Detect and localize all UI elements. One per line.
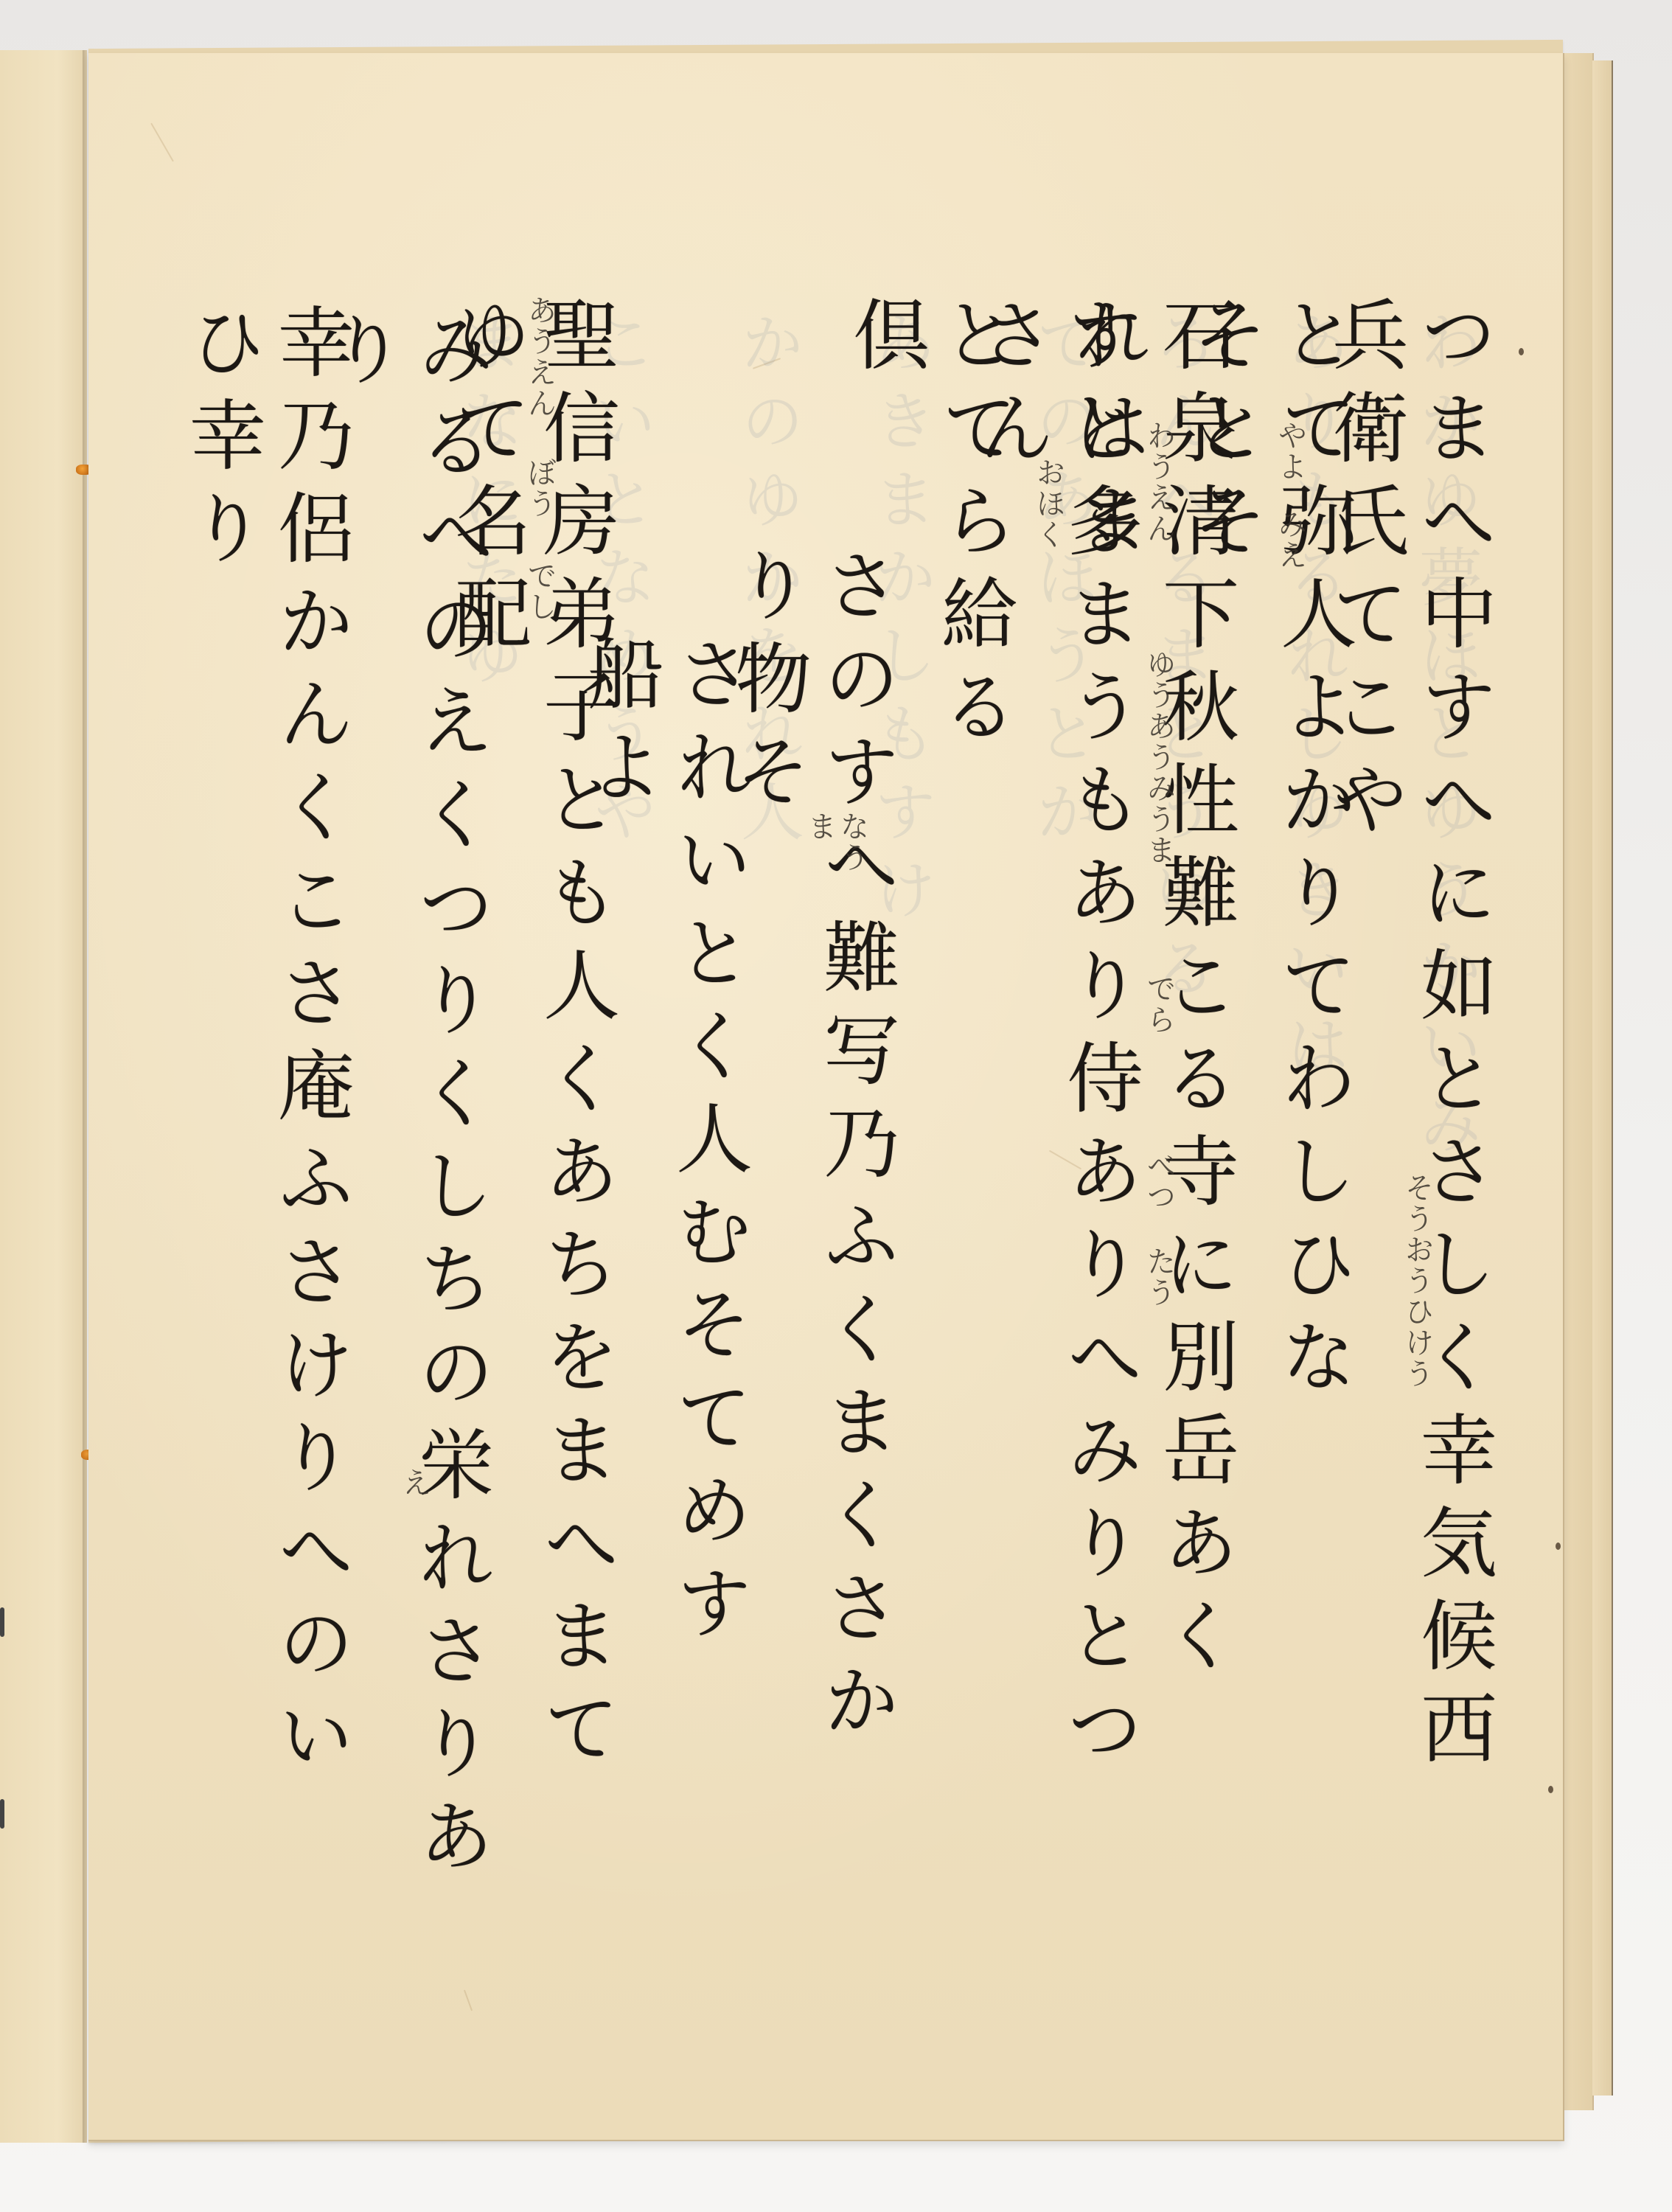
ruby-gloss: たう — [1143, 1246, 1175, 1320]
book-photograph: わかゆ夢ほとゆうかいみ ありもるれしゆきいは ろんへるまとうゆる てのあほうとか… — [0, 0, 1672, 2212]
page-stack-edge-outer — [1592, 60, 1613, 2096]
paper-spot — [1556, 1543, 1561, 1550]
ruby-gloss: べつ — [1143, 1150, 1175, 1224]
paper-fiber — [464, 1990, 473, 2011]
ruby-gloss: おほく — [1032, 457, 1065, 568]
paper-spot — [1548, 1786, 1553, 1793]
ink-mark — [0, 1607, 4, 1637]
paper-fiber — [150, 123, 174, 162]
ruby-gloss: でし — [523, 560, 556, 634]
paper-spot — [1519, 348, 1524, 355]
ruby-gloss: なうま — [804, 811, 868, 900]
ruby-gloss: え — [398, 1467, 431, 1512]
book-spine — [83, 50, 87, 2143]
text-column-10: 幸乃侶かんくこさ庵ふさけりへのいひ幸り — [177, 302, 354, 1873]
ink-mark — [0, 1799, 4, 1829]
ruby-gloss: わうえん — [1143, 420, 1175, 568]
ruby-gloss: そうおうひけう — [1401, 1172, 1433, 1556]
previous-page-edge — [0, 50, 84, 2143]
ruby-gloss: ぼう — [523, 457, 556, 546]
page-stack-edge — [1563, 53, 1594, 2110]
ruby-gloss: でら — [1143, 973, 1175, 1047]
ruby-gloss: ゆうあうみうま — [1143, 649, 1175, 929]
ruby-gloss: あうえん — [523, 295, 556, 442]
ruby-gloss: みえ — [1274, 509, 1306, 582]
ruby-gloss: やよ — [1274, 420, 1306, 494]
